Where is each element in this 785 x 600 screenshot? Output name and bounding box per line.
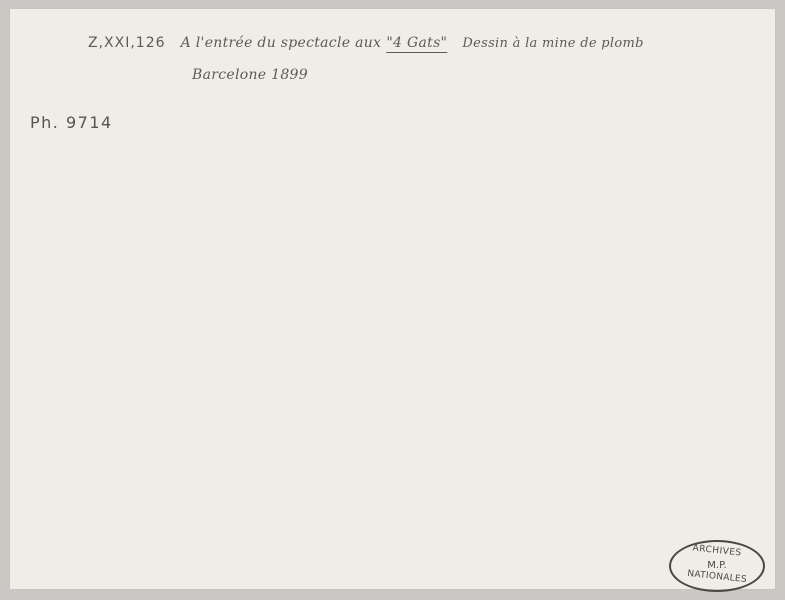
stamp-bottom-text: NATIONALES — [671, 568, 764, 587]
photo-number: Ph. 9714 — [30, 113, 113, 132]
artwork-title-quoted: "4 Gats" — [386, 35, 447, 51]
artwork-title: A l'entrée du spectacle aux — [181, 35, 382, 51]
place-date: Barcelone 1899 — [192, 67, 308, 83]
artwork-medium: Dessin à la mine de plomb — [462, 36, 643, 51]
inventory-reference: Z,XXI,126 — [88, 35, 166, 51]
archives-stamp: ARCHIVES M.P. NATIONALES — [669, 540, 765, 592]
document-sheet: Z,XXI,126 A l'entrée du spectacle aux "4… — [10, 9, 775, 589]
stamp-top-text: ARCHIVES — [671, 542, 764, 561]
annotation-line-1: Z,XXI,126 A l'entrée du spectacle aux "4… — [88, 33, 644, 51]
